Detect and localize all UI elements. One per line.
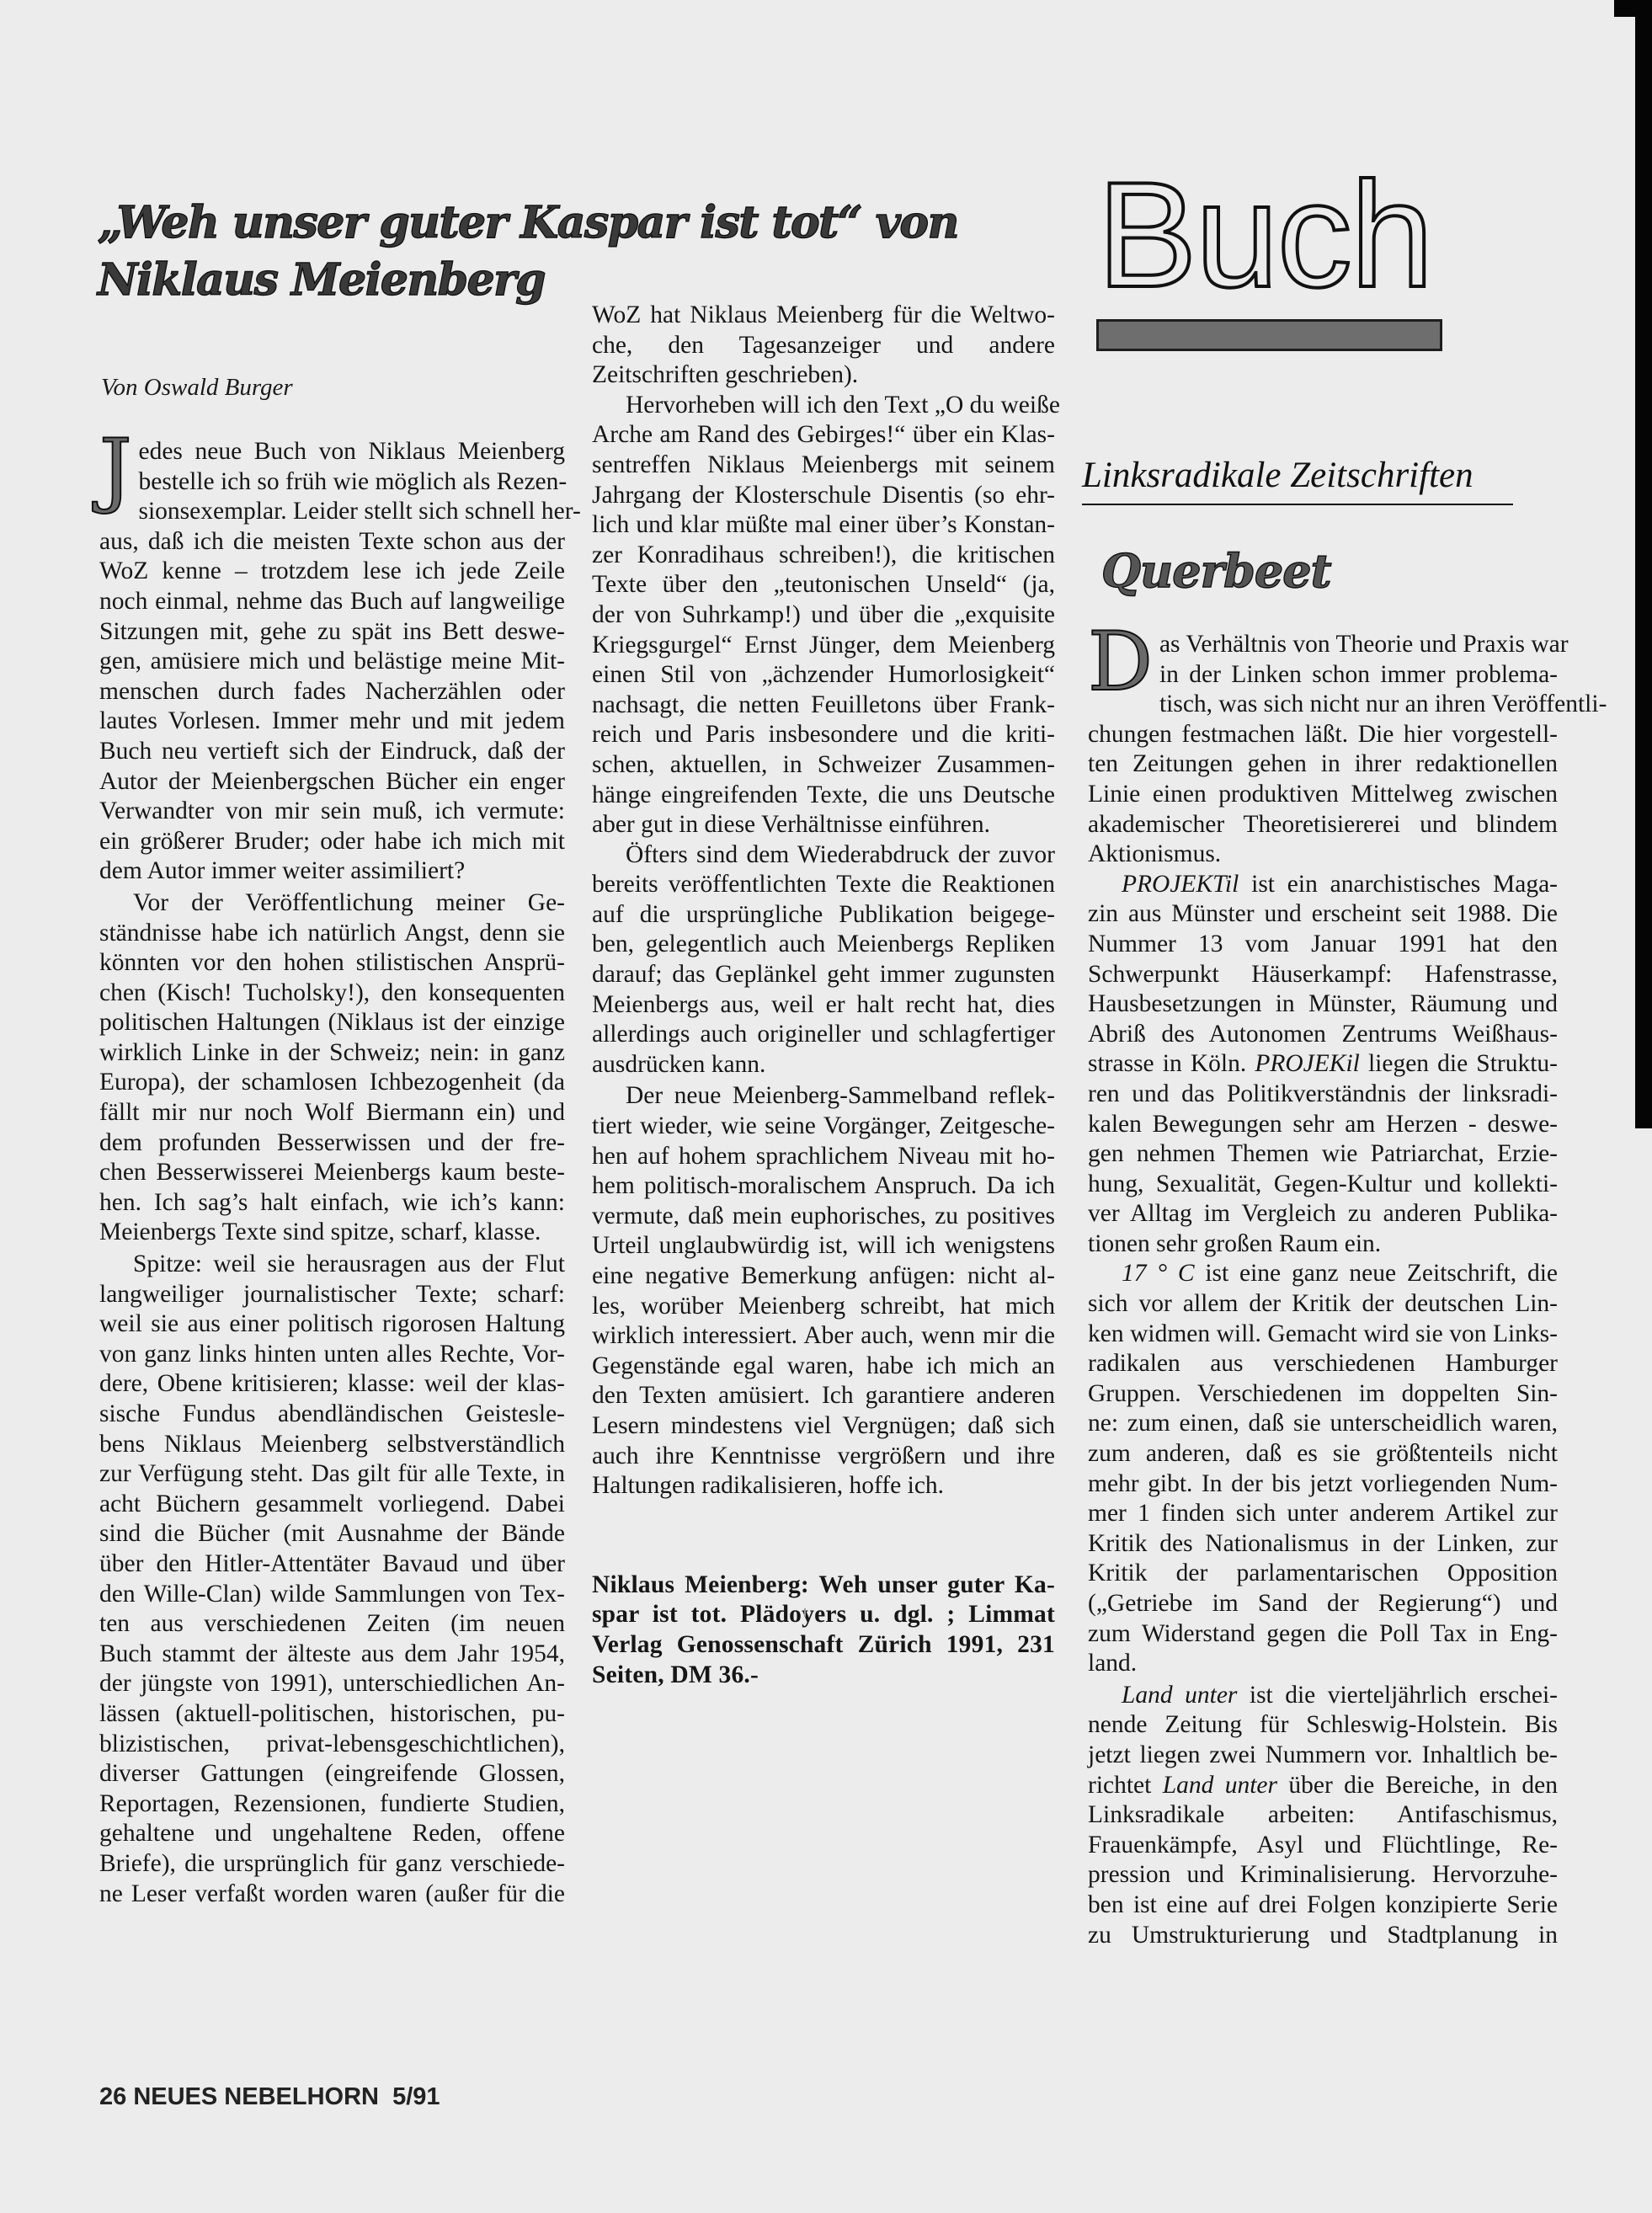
text-line: Kritik der parlamentarischen Opposition bbox=[1088, 1559, 1558, 1589]
text-line: politischen Haltungen (Niklaus ist der e… bbox=[99, 1008, 565, 1038]
text-line: wirklich Linke in der Schweiz; nein: in … bbox=[99, 1038, 565, 1069]
page-edge-shadow-top bbox=[1614, 0, 1652, 17]
text-line: 17 ° C ist eine ganz neue Zeitschrift, d… bbox=[1088, 1259, 1558, 1289]
text-line: Autor der Meienbergschen Bücher ein enge… bbox=[99, 767, 565, 797]
text-line: langweiliger journalistischer Texte; sch… bbox=[99, 1280, 565, 1310]
text-line: („Getriebe im Sand der Regierung“) und bbox=[1088, 1589, 1558, 1619]
book-bibliography: Niklaus Meienberg: Weh unser guter Ka- s… bbox=[592, 1570, 1055, 1690]
text-line: lich und klar müßte mal einer über’s Kon… bbox=[592, 510, 1055, 541]
dropcap-j: J bbox=[99, 439, 131, 498]
text-line: weil sie aus einer politisch rigorosen H… bbox=[99, 1309, 565, 1340]
text-line: sentreffen Niklaus Meienbergs mit seinem bbox=[592, 451, 1055, 481]
article-title-querbeet: Querbeet bbox=[1101, 544, 1331, 598]
text-line: edes neue Buch von Niklaus Meienberg bbox=[99, 437, 565, 467]
text-line: Linie einen produktiven Mittelweg zwisch… bbox=[1088, 780, 1558, 810]
text-line: Buch neu vertieft sich der Eindruck, daß… bbox=[99, 737, 565, 767]
text-line: Linksradikale arbeiten: Antifaschismus, bbox=[1088, 1800, 1558, 1831]
article2-column: D as Verhältnis von Theorie und Praxis w… bbox=[1088, 630, 1558, 1950]
text-line: Frauenkämpfe, Asyl und Flüchtlinge, Re- bbox=[1088, 1831, 1558, 1861]
text-line: zin aus Münster und erscheint seit 1988.… bbox=[1088, 899, 1558, 930]
page-footer: 26 NEUES NEBELHORN 5/91 bbox=[99, 2083, 440, 2111]
print-speck bbox=[804, 1608, 806, 1617]
text-line: che, den Tagesanzeiger und andere bbox=[592, 331, 1055, 361]
text-line: aber gut in diese Verhältnisse einführen… bbox=[592, 810, 1055, 840]
text-line: Reportagen, Rezensionen, fundierte Studi… bbox=[99, 1789, 565, 1820]
text-line: ständnisse habe ich natürlich Angst, den… bbox=[99, 919, 565, 949]
text-line: ben, gelegentlich auch Meienbergs Replik… bbox=[592, 930, 1055, 960]
page-edge-shadow bbox=[1635, 0, 1652, 1128]
text-line: dem Autor immer weiter assimiliert? bbox=[99, 856, 565, 887]
text-line: Haltungen radikalisieren, hoffe ich. bbox=[592, 1471, 1055, 1501]
text-line: auch ihre Kenntnisse vergrößern und ihre bbox=[592, 1442, 1055, 1472]
text-line: sind die Bücher (mit Ausnahme der Bände bbox=[99, 1519, 565, 1549]
text-line: Kriegsgurgel“ Ernst Jünger, dem Meienber… bbox=[592, 631, 1055, 661]
text-line: sische Fundus abendländischen Geistesle- bbox=[99, 1400, 565, 1430]
text-line: ne Leser verfaßt worden waren (außer für… bbox=[99, 1880, 565, 1910]
text-line: as Verhältnis von Theorie und Praxis war bbox=[1088, 630, 1558, 660]
text-line: nachsagt, die netten Feuilletons über Fr… bbox=[592, 691, 1055, 721]
text-line: der von Suhrkamp!) und über die „exquisi… bbox=[592, 600, 1055, 631]
text-line: auf die ursprüngliche Publikation beigeg… bbox=[592, 900, 1055, 931]
dropcap-d: D bbox=[1088, 632, 1153, 691]
text-line: Arche am Rand des Gebirges!“ über ein Kl… bbox=[592, 420, 1055, 451]
text-line: ben ist eine auf drei Folgen konzipierte… bbox=[1088, 1890, 1558, 1921]
text-line: Land unter ist die vierteljährlich ersch… bbox=[1088, 1681, 1558, 1711]
text-line: Jahrgang der Klosterschule Disentis (so … bbox=[592, 481, 1055, 511]
text-line: Meienbergs aus, weil er halt recht hat, … bbox=[592, 990, 1055, 1021]
text-line: ausdrücken kann. bbox=[592, 1050, 1055, 1080]
text-line: über den Hitler-Attentäter Bavaud und üb… bbox=[99, 1549, 565, 1580]
article1-column-1: J edes neue Buch von Niklaus Meienberg b… bbox=[99, 437, 565, 1909]
text-line: eine negative Bemerkung anfügen: nicht a… bbox=[592, 1261, 1055, 1292]
text-line: Hervorheben will ich den Text „O du weiß… bbox=[592, 391, 1055, 421]
text-line: vermute, daß mein euphorisches, zu posit… bbox=[592, 1202, 1055, 1232]
text-line: sionsexemplar. Leider stellt sich schnel… bbox=[99, 497, 565, 527]
text-line: ken widmen will. Gemacht wird sie von Li… bbox=[1088, 1320, 1558, 1350]
text-line: menschen durch fades Nacherzählen oder bbox=[99, 677, 565, 707]
text-line: dere, Obene kritisieren; klasse: weil de… bbox=[99, 1369, 565, 1400]
text-line: Gruppen. Verschiedenen im doppelten Sin- bbox=[1088, 1379, 1558, 1410]
text-line: sich vor allem der Kritik der deutschen … bbox=[1088, 1289, 1558, 1320]
article-headline: „Weh unser guter Kaspar ist tot“ von Nik… bbox=[98, 195, 1049, 309]
section-logo-buch: Buch bbox=[1097, 163, 1432, 307]
bibliography-line: Verlag Genossenschaft Zürich 1991, 231 bbox=[592, 1630, 1055, 1661]
text-line: diverser Gattungen (eingreifende Glossen… bbox=[99, 1759, 565, 1789]
text-line: Texte über den „teutonischen Unseld“ (ja… bbox=[592, 570, 1055, 600]
text-line: bens Niklaus Meienberg selbstverständlic… bbox=[99, 1430, 565, 1460]
text-line: gen, amüsiere mich und belästige meine M… bbox=[99, 647, 565, 677]
text-line: den Wille-Clan) wilde Sammlungen von Tex… bbox=[99, 1580, 565, 1610]
text-line: Lesern mindestens viel Vergnügen; daß si… bbox=[592, 1411, 1055, 1442]
text-line: akademischer Theoretisiererei und blinde… bbox=[1088, 810, 1558, 840]
text-line: les, worüber Meienberg schreibt, hat mic… bbox=[592, 1292, 1055, 1322]
text-line: chen (Kisch! Tucholsky!), den konsequent… bbox=[99, 979, 565, 1009]
text-line: Sitzungen mit, gehe zu spät ins Bett des… bbox=[99, 617, 565, 648]
text-line: noch einmal, nehme das Buch auf langweil… bbox=[99, 587, 565, 617]
byline: Von Oswald Burger bbox=[101, 374, 293, 402]
text-line: Verwandter von mir sein muß, ich vermute… bbox=[99, 797, 565, 827]
text-line: mehr gibt. In der bis jetzt vorliegenden… bbox=[1088, 1469, 1558, 1500]
text-line: tionen sehr großen Raum ein. bbox=[1088, 1229, 1558, 1260]
text-line: wirklich interessiert. Aber auch, wenn m… bbox=[592, 1321, 1055, 1352]
text-line: Kritik des Nationalismus in der Linken, … bbox=[1088, 1529, 1558, 1560]
text-line: ten Zeitungen gehen in ihrer redaktionel… bbox=[1088, 749, 1558, 780]
section-title: Linksradikale Zeitschriften bbox=[1082, 453, 1513, 505]
text-line: strasse in Köln. PROJEKil liegen die Str… bbox=[1088, 1049, 1558, 1080]
text-line: hänge eingreifenden Texte, die uns Deuts… bbox=[592, 781, 1055, 811]
text-line: bestelle ich so früh wie möglich als Rez… bbox=[99, 467, 565, 498]
text-line: Hausbesetzungen in Münster, Räumung und bbox=[1088, 989, 1558, 1020]
text-line: mer 1 finden sich unter anderem Artikel … bbox=[1088, 1499, 1558, 1529]
text-line: ver Alltag im Vergleich zu anderen Publi… bbox=[1088, 1199, 1558, 1229]
text-line: nende Zeitung für Schleswig-Holstein. Bi… bbox=[1088, 1710, 1558, 1741]
text-line: Europa), der schamlosen Ichbezogenheit (… bbox=[99, 1068, 565, 1098]
text-line: gen nehmen Themen wie Patriarchat, Erzie… bbox=[1088, 1139, 1558, 1170]
text-line: darauf; das Geplänkel geht immer zugunst… bbox=[592, 960, 1055, 990]
text-line: chungen festmachen läßt. Die hier vorges… bbox=[1088, 720, 1558, 750]
text-line: hem politisch-moralischem Anspruch. Da i… bbox=[592, 1171, 1055, 1202]
text-line: ren und das Politikverständnis der links… bbox=[1088, 1080, 1558, 1110]
text-line: acht Büchern gesammelt vorliegend. Dabei bbox=[99, 1490, 565, 1520]
text-line: hen. Ich sag’s halt einfach, wie ich’s k… bbox=[99, 1188, 565, 1218]
text-line: Buch stammt der älteste aus dem Jahr 195… bbox=[99, 1640, 565, 1670]
text-line: kalen Bewegungen sehr am Herzen - deswe- bbox=[1088, 1110, 1558, 1140]
text-line: zer Konradihaus schreiben!), die kritisc… bbox=[592, 541, 1055, 571]
text-line: tisch, was sich nicht nur an ihren Veröf… bbox=[1088, 690, 1558, 720]
text-line: jetzt liegen zwei Nummern vor. Inhaltlic… bbox=[1088, 1741, 1558, 1771]
text-line: chen Besserwisserei Meienbergs kaum best… bbox=[99, 1158, 565, 1188]
section-logo-bar bbox=[1096, 319, 1442, 351]
text-line: könnten vor den hohen stilistischen Ansp… bbox=[99, 948, 565, 979]
text-line: Abriß des Autonomen Zentrums Weißhaus- bbox=[1088, 1020, 1558, 1050]
magazine-name: PROJEKTil bbox=[1122, 871, 1239, 898]
text-line: Schwerpunkt Häuserkampf: Hafenstrasse, bbox=[1088, 960, 1558, 990]
bibliography-line: Niklaus Meienberg: Weh unser guter Ka- bbox=[592, 1570, 1055, 1601]
text-line: zu Umstrukturierung und Stadtplanung in bbox=[1088, 1921, 1558, 1951]
magazine-name: Land unter bbox=[1163, 1772, 1277, 1799]
text-line: Gegenstände egal waren, habe ich mich an bbox=[592, 1352, 1055, 1382]
text-line: hen auf hohem sprachlichem Niveau mit ho… bbox=[592, 1142, 1055, 1172]
text-line: Öfters sind dem Wiederabdruck der zuvor bbox=[592, 840, 1055, 871]
text-line: richtet Land unter über die Bereiche, in… bbox=[1088, 1771, 1558, 1801]
text-line: Spitze: weil sie herausragen aus der Flu… bbox=[99, 1250, 565, 1280]
text-line: den Texten amüsiert. Ich garantiere ande… bbox=[592, 1381, 1055, 1411]
text-line: Der neue Meienberg-Sammelband reflek- bbox=[592, 1081, 1055, 1112]
text-line: dem profunden Besserwissen und der fre- bbox=[99, 1128, 565, 1159]
text-line: Meienbergs Texte sind spitze, scharf, kl… bbox=[99, 1218, 565, 1248]
text-line: gehaltene und ungehaltene Reden, offene bbox=[99, 1819, 565, 1849]
text-line: land. bbox=[1088, 1649, 1558, 1679]
text-line: WoZ hat Niklaus Meienberg für die Weltwo… bbox=[592, 301, 1055, 331]
text-line: radikalen aus verschiedenen Hamburger bbox=[1088, 1349, 1558, 1379]
text-line: bereits veröffentlichten Texte die Reakt… bbox=[592, 870, 1055, 900]
text-line: fällt mir nur noch Wolf Biermann ein) un… bbox=[99, 1098, 565, 1128]
text-line: pression und Kriminalisierung. Hervorzuh… bbox=[1088, 1860, 1558, 1890]
magazine-name: 17 ° C bbox=[1122, 1260, 1195, 1287]
text-line: hung, Sexualität, Gegen-Kultur und kolle… bbox=[1088, 1170, 1558, 1200]
text-line: zum anderen, daß es sie größtenteils nic… bbox=[1088, 1439, 1558, 1469]
text-line: Briefe), die ursprünglich für ganz versc… bbox=[99, 1849, 565, 1880]
text-line: ne: zum einen, daß sie unterscheidlich w… bbox=[1088, 1409, 1558, 1439]
text-line: aus, daß ich die meisten Texte schon aus… bbox=[99, 527, 565, 557]
magazine-name: Land unter bbox=[1122, 1682, 1237, 1709]
text-line: zum Widerstand gegen die Poll Tax in Eng… bbox=[1088, 1619, 1558, 1650]
text-line: schen, aktuellen, in Schweizer Zusammen- bbox=[592, 750, 1055, 781]
text-line: von ganz links hinten unten alles Rechte… bbox=[99, 1340, 565, 1370]
text-line: reich und Paris insbesondere und die kri… bbox=[592, 720, 1055, 750]
bibliography-line: Seiten, DM 36.- bbox=[592, 1661, 1055, 1691]
text-line: blizistischen, privat-lebensgeschichtlic… bbox=[99, 1730, 565, 1760]
article1-column-2: WoZ hat Niklaus Meienberg für die Weltwo… bbox=[592, 301, 1055, 1690]
text-line: in der Linken schon immer problema- bbox=[1088, 660, 1558, 691]
text-line: lautes Vorlesen. Immer mehr und mit jede… bbox=[99, 707, 565, 737]
text-line: der jüngste von 1991), unterschiedlichen… bbox=[99, 1669, 565, 1699]
text-line: Nummer 13 vom Januar 1991 hat den bbox=[1088, 930, 1558, 960]
text-line: lässen (aktuell-politischen, historische… bbox=[99, 1699, 565, 1730]
text-line: Zeitschriften geschrieben). bbox=[592, 360, 1055, 391]
text-line: einen Stil von „ächzender Humorlosigkeit… bbox=[592, 660, 1055, 691]
text-line: ein größerer Bruder; oder habe ich mich … bbox=[99, 827, 565, 857]
text-line: allerdings auch origineller und schlagfe… bbox=[592, 1020, 1055, 1050]
magazine-name: PROJEKil bbox=[1255, 1050, 1360, 1077]
text-line: zur Verfügung steht. Das gilt für alle T… bbox=[99, 1459, 565, 1490]
text-line: Vor der Veröffentlichung meiner Ge- bbox=[99, 888, 565, 919]
bibliography-line: spar ist tot. Plädoyers u. dgl. ; Limmat bbox=[592, 1600, 1055, 1630]
text-line: tiert wieder, wie seine Vorgänger, Zeitg… bbox=[592, 1112, 1055, 1142]
text-line: WoZ kenne – trotzdem lese ich jede Zeile bbox=[99, 557, 565, 587]
text-line: PROJEKTil ist ein anarchistisches Maga- bbox=[1088, 870, 1558, 900]
text-line: Aktionismus. bbox=[1088, 840, 1558, 870]
text-line: Urteil unglaubwürdig ist, will ich wenig… bbox=[592, 1231, 1055, 1261]
text-line: ten aus verschiedenen Zeiten (im neuen bbox=[99, 1609, 565, 1640]
